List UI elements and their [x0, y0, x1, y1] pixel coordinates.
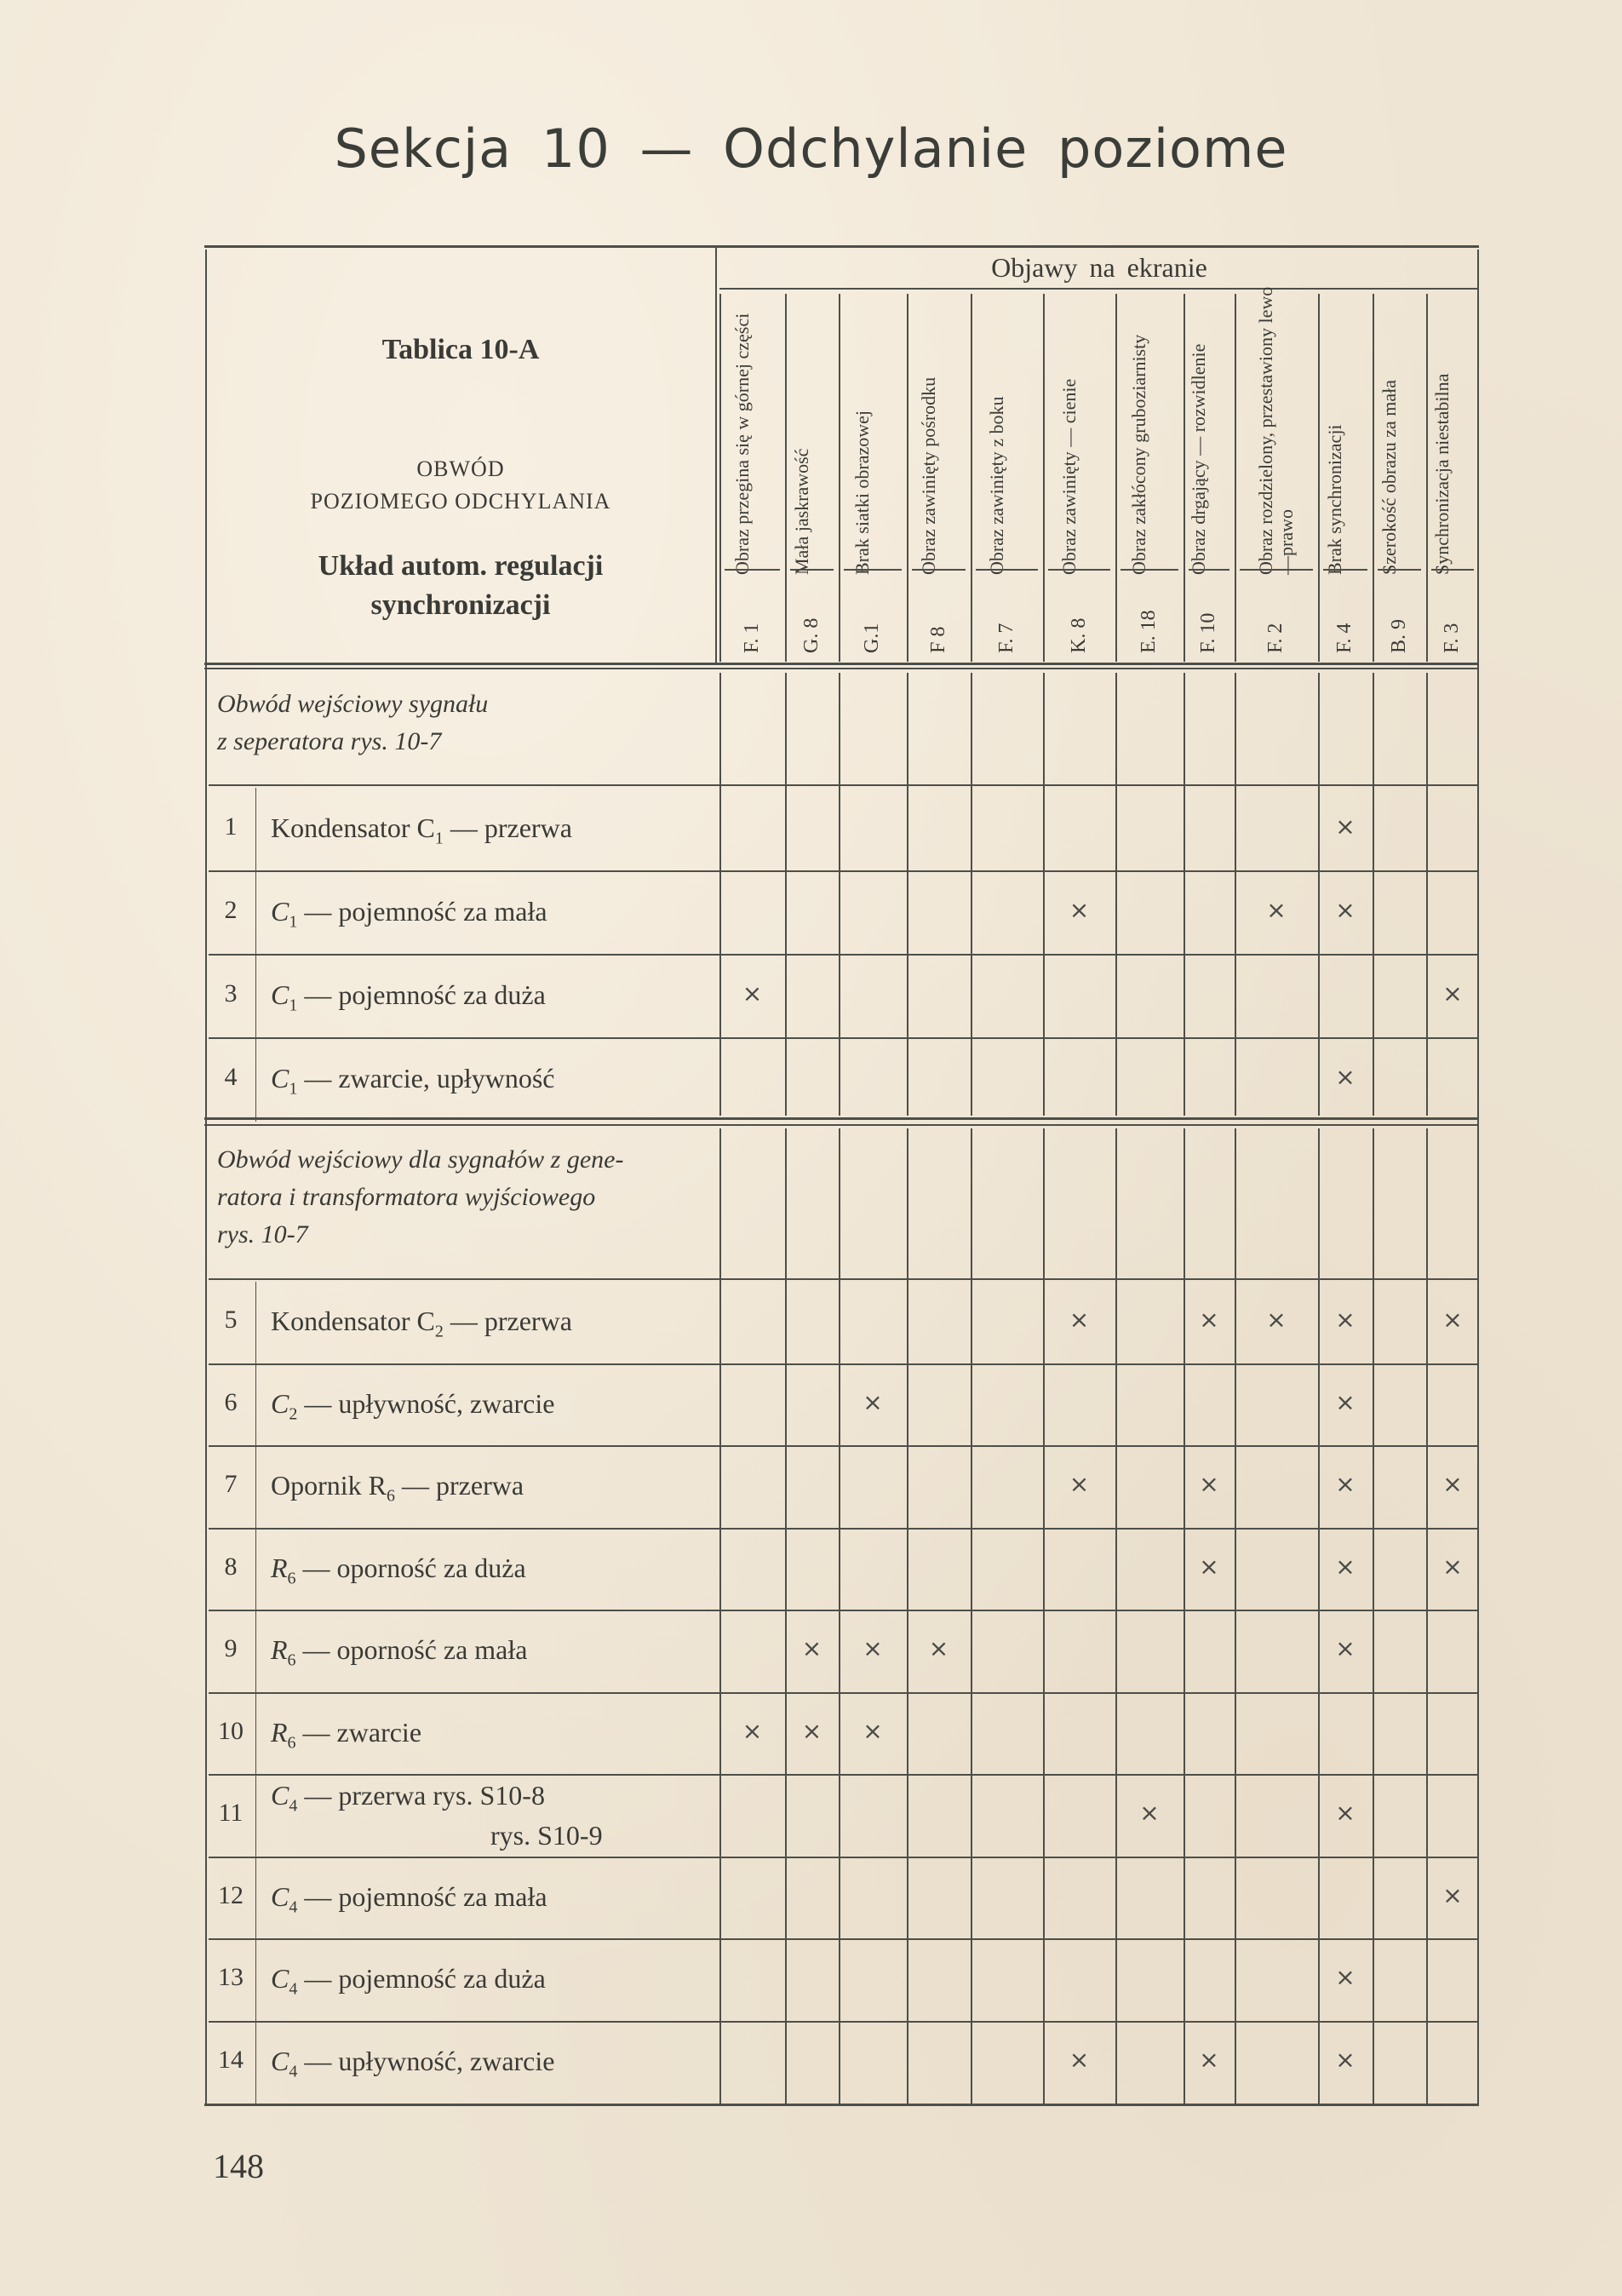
- fault-description: C1 — pojemność za mała: [271, 896, 547, 932]
- column-divider: [839, 673, 840, 1116]
- symptom-mark: ×: [1328, 812, 1362, 841]
- component-name: C: [271, 896, 289, 927]
- column-divider: [971, 294, 972, 662]
- symptom-mark: ×: [1259, 896, 1293, 924]
- row-number: 12: [206, 1881, 255, 1910]
- header-code-separator: [912, 569, 966, 571]
- component-name: R: [271, 1553, 288, 1583]
- column-label: Obraz zawinięty z boku: [987, 285, 1007, 575]
- symptom-mark: ×: [1328, 1470, 1362, 1498]
- symptom-mark: ×: [1328, 1553, 1362, 1581]
- header-code-separator: [1431, 569, 1474, 571]
- circuit-line-1: OBWÓD: [206, 453, 715, 485]
- component-name: Opornik R: [271, 1470, 387, 1501]
- component-subscript: 6: [387, 1487, 395, 1506]
- column-divider: [1115, 1128, 1117, 2104]
- header-code-separator: [1120, 569, 1178, 571]
- column-divider: [785, 294, 787, 662]
- column-header: Mała jaskrawośćG. 8: [785, 294, 839, 660]
- fault-description: C4 — przerwa rys. S10-8rys. S10-9: [271, 1780, 603, 1851]
- component-subscript: 1: [289, 1079, 297, 1098]
- column-divider: [1043, 294, 1045, 662]
- circuit-line-2: POZIOMEGO ODCHYLANIA: [206, 485, 715, 518]
- section-title-line: Obwód wejściowy sygnału: [217, 686, 711, 723]
- column-header: Szerokość obrazu za małaB. 9: [1373, 294, 1426, 660]
- symptom-mark: ×: [1436, 979, 1470, 1007]
- column-code: F. 4: [1333, 577, 1356, 653]
- column-divider: [1426, 294, 1428, 662]
- column-divider: [1318, 294, 1320, 662]
- column-divider: [1318, 1128, 1320, 2104]
- fault-type: — pojemność za mała: [297, 1881, 547, 1912]
- row-number: 8: [206, 1553, 255, 1581]
- symptom-mark: ×: [736, 1717, 770, 1745]
- symptom-mark: ×: [1132, 1799, 1166, 1827]
- column-code: G. 8: [800, 577, 823, 653]
- header-bottom-border-2: [204, 668, 1479, 669]
- row-divider: [209, 1774, 1477, 1776]
- column-label: Obraz przegina się w górnej części: [732, 285, 753, 575]
- circuit-name: OBWÓD POZIOMEGO ODCHYLANIA: [206, 453, 715, 518]
- row-divider: [209, 1692, 1477, 1694]
- column-header: Obraz zawinięty pośrodkuF 8: [907, 294, 971, 660]
- column-divider: [971, 1128, 972, 2104]
- column-header: Brak synchronizacjiF. 4: [1318, 294, 1373, 660]
- table-top-border: [204, 245, 1479, 248]
- section-title-line: ratora i transformatora wyjściowego: [217, 1179, 711, 1216]
- component-name: R: [271, 1717, 288, 1748]
- fault-description: R6 — oporność za mała: [271, 1634, 527, 1670]
- fault-description: C4 — pojemność za mała: [271, 1881, 547, 1917]
- column-header: Obraz rozdzielony, przestawiony lewo—pra…: [1235, 294, 1318, 660]
- component-subscript: 4: [289, 1797, 297, 1816]
- column-label: Obraz zawinięty pośrodku: [919, 285, 939, 575]
- column-divider: [785, 673, 787, 1116]
- column-label: Obraz rozdzielony, przestawiony lewo—pra…: [1256, 285, 1297, 575]
- column-code: F. 1: [741, 577, 764, 653]
- header-divider: [715, 247, 717, 664]
- table-bottom-border: [204, 2104, 1479, 2106]
- symptom-mark: ×: [1259, 1306, 1293, 1334]
- header-code-separator: [844, 569, 902, 571]
- column-divider: [1235, 673, 1236, 1116]
- section-title-line: rys. 10-7: [217, 1216, 711, 1254]
- symptom-mark: ×: [1328, 1306, 1362, 1334]
- row-number: 1: [206, 812, 255, 841]
- symptom-mark: ×: [1436, 1470, 1470, 1498]
- fault-description: R6 — zwarcie: [271, 1717, 421, 1753]
- column-divider: [907, 294, 908, 662]
- table-subtitle: Układ autom. regulacji synchronizacji: [206, 547, 715, 625]
- column-divider: [1043, 673, 1045, 1116]
- row-divider: [209, 1610, 1477, 1611]
- column-label: Obraz zawinięty — cienie: [1059, 285, 1080, 575]
- component-subscript: 4: [289, 1980, 297, 1999]
- header-bottom-border: [204, 663, 1479, 665]
- symptom-mark: ×: [1063, 896, 1097, 924]
- component-name: C: [271, 1881, 289, 1912]
- row-divider: [209, 1938, 1477, 1940]
- column-divider: [785, 1128, 787, 2104]
- component-subscript: 6: [288, 1569, 296, 1587]
- component-name: C: [271, 1063, 289, 1093]
- column-divider: [971, 673, 972, 1116]
- symptom-mark: ×: [856, 1634, 890, 1662]
- fault-type: — przerwa: [395, 1470, 524, 1501]
- header-code-separator: [1378, 569, 1421, 571]
- column-divider: [1184, 294, 1185, 662]
- header-code-separator: [1323, 569, 1367, 571]
- fault-type: — oporność za duża: [296, 1553, 526, 1583]
- row-divider: [209, 784, 1477, 786]
- fault-type: — oporność za mała: [296, 1634, 528, 1665]
- column-divider: [1115, 673, 1117, 1116]
- row-divider: [209, 1857, 1477, 1858]
- fault-reference: rys. S10-9: [271, 1820, 603, 1851]
- column-divider: [719, 294, 721, 662]
- subtitle-line-1: Układ autom. regulacji: [206, 547, 715, 586]
- header-code-separator: [1240, 569, 1313, 571]
- column-label: Szerokość obrazu za mała: [1379, 285, 1400, 575]
- component-subscript: 1: [289, 996, 297, 1014]
- symptom-mark: ×: [1328, 1799, 1362, 1827]
- component-subscript: 2: [435, 1323, 444, 1341]
- column-divider: [719, 673, 721, 1116]
- section-divider: [204, 1117, 1479, 1120]
- column-divider: [907, 673, 908, 1116]
- row-divider: [209, 1363, 1477, 1365]
- row-divider: [209, 870, 1477, 872]
- section-divider-2: [204, 1124, 1479, 1126]
- column-divider: [839, 1128, 840, 2104]
- fault-type: — przerwa rys. S10-8: [297, 1780, 545, 1811]
- row-divider: [209, 1037, 1477, 1039]
- symptom-mark: ×: [922, 1634, 956, 1662]
- column-header: Obraz zawinięty — cienieK. 8: [1043, 294, 1115, 660]
- symptom-mark: ×: [795, 1634, 829, 1662]
- component-name: R: [271, 1634, 288, 1665]
- component-subscript: 1: [289, 912, 297, 931]
- column-label: Obraz zakłócony gruboziarnisty: [1129, 285, 1149, 575]
- component-subscript: 6: [288, 1651, 296, 1670]
- fault-description: R6 — oporność za duża: [271, 1553, 526, 1588]
- row-number: 11: [206, 1799, 255, 1828]
- symptom-mark: ×: [1436, 1881, 1470, 1909]
- row-divider: [209, 2021, 1477, 2023]
- column-label: Brak synchronizacji: [1325, 285, 1345, 575]
- column-code: B. 9: [1388, 577, 1411, 653]
- column-code: G.1: [861, 577, 884, 653]
- fault-type: — pojemność za mała: [297, 896, 547, 927]
- symptom-mark: ×: [1328, 1388, 1362, 1416]
- fault-description: C4 — upływność, zwarcie: [271, 2046, 554, 2081]
- table-right-border: [1477, 673, 1479, 2104]
- fault-description: C4 — pojemność za duża: [271, 1963, 546, 1999]
- symptom-mark: ×: [1328, 1963, 1362, 1991]
- header-code-separator: [725, 569, 780, 571]
- symptom-mark: ×: [1328, 2046, 1362, 2074]
- row-divider: [209, 1278, 1477, 1280]
- row-number: 6: [206, 1388, 255, 1417]
- column-divider: [1426, 673, 1428, 1116]
- column-divider: [1373, 1128, 1374, 2104]
- row-number: 7: [206, 1470, 255, 1499]
- component-name: Kondensator C: [271, 812, 435, 843]
- row-number: 4: [206, 1063, 255, 1092]
- component-name: C: [271, 1388, 289, 1419]
- column-divider: [1115, 294, 1117, 662]
- column-header: Synchronizacja niestabilnaF. 3: [1426, 294, 1479, 660]
- symptom-mark: ×: [1192, 2046, 1226, 2074]
- symptom-mark: ×: [1063, 2046, 1097, 2074]
- column-divider: [1184, 673, 1185, 1116]
- symptom-mark: ×: [795, 1717, 829, 1745]
- fault-description: Kondensator C2 — przerwa: [271, 1306, 572, 1341]
- header-code-separator: [790, 569, 834, 571]
- column-code: F 8: [927, 577, 950, 653]
- column-header: Obraz przegina się w górnej częściF. 1: [719, 294, 785, 660]
- fault-description: C1 — pojemność za duża: [271, 979, 546, 1015]
- page-title: Sekcja 10 — Odchylanie poziome: [0, 118, 1622, 180]
- symptom-mark: ×: [856, 1717, 890, 1745]
- fault-type: — pojemność za duża: [297, 1963, 545, 1994]
- row-number: 9: [206, 1634, 255, 1663]
- row-divider: [209, 954, 1477, 956]
- symptom-mark: ×: [1436, 1553, 1470, 1581]
- column-divider: [719, 1128, 721, 2104]
- symptoms-header: Objawy na ekranie: [719, 252, 1479, 284]
- component-subscript: 2: [289, 1404, 297, 1423]
- fault-type: — upływność, zwarcie: [297, 1388, 554, 1419]
- column-divider: [1426, 1128, 1428, 2104]
- header-code-separator: [1189, 569, 1229, 571]
- row-number: 3: [206, 979, 255, 1008]
- column-code: F. 2: [1264, 577, 1287, 653]
- column-divider: [1235, 294, 1236, 662]
- column-code: E. 18: [1138, 577, 1161, 653]
- row-number: 13: [206, 1963, 255, 1992]
- section-title-line: z seperatora rys. 10-7: [217, 723, 711, 761]
- component-name: C: [271, 1963, 289, 1994]
- component-name: C: [271, 2046, 289, 2076]
- fault-type: — przerwa: [444, 812, 572, 843]
- fault-description: Kondensator C1 — przerwa: [271, 812, 572, 848]
- row-number: 14: [206, 2046, 255, 2075]
- symptom-mark: ×: [1328, 1063, 1362, 1091]
- column-divider: [1373, 294, 1374, 662]
- row-number: 5: [206, 1306, 255, 1335]
- component-subscript: 4: [289, 2062, 297, 2081]
- column-label: Brak siatki obrazowej: [852, 285, 873, 575]
- row-divider: [209, 1528, 1477, 1530]
- column-label: Obraz drgający — rozwidlenie: [1189, 285, 1209, 575]
- column-header: Obraz zakłócony gruboziarnistyE. 18: [1115, 294, 1184, 660]
- column-divider: [907, 1128, 908, 2104]
- symptom-mark: ×: [1436, 1306, 1470, 1334]
- column-divider: [1318, 673, 1320, 1116]
- fault-type: — zwarcie: [296, 1717, 421, 1748]
- column-divider: [1184, 1128, 1185, 2104]
- symptom-mark: ×: [1328, 1634, 1362, 1662]
- table-name: Tablica 10-A: [206, 334, 715, 366]
- row-number: 10: [206, 1717, 255, 1746]
- column-header: Obraz zawinięty z bokuF. 7: [971, 294, 1043, 660]
- header-code-separator: [1048, 569, 1110, 571]
- section-title: Obwód wejściowy sygnałuz seperatora rys.…: [217, 686, 711, 761]
- component-name: C: [271, 979, 289, 1010]
- symptom-mark: ×: [1063, 1306, 1097, 1334]
- fault-description: C1 — zwarcie, upływność: [271, 1063, 554, 1099]
- column-code: F. 7: [995, 577, 1018, 653]
- page-number: 148: [213, 2146, 264, 2186]
- column-code: F. 3: [1441, 577, 1464, 653]
- symptom-mark: ×: [856, 1388, 890, 1416]
- table-header-left: Tablica 10-A OBWÓD POZIOMEGO ODCHYLANIA …: [206, 249, 715, 662]
- column-label: Mała jaskrawość: [792, 285, 812, 575]
- fault-description: C2 — upływność, zwarcie: [271, 1388, 554, 1424]
- header-code-separator: [976, 569, 1038, 571]
- symptom-mark: ×: [1063, 1470, 1097, 1498]
- component-name: C: [271, 1780, 289, 1811]
- symptom-mark: ×: [1192, 1306, 1226, 1334]
- column-header: Obraz drgający — rozwidlenieF. 10: [1184, 294, 1235, 660]
- column-code: K. 8: [1068, 577, 1091, 653]
- row-number: 2: [206, 896, 255, 925]
- row-divider: [209, 1445, 1477, 1447]
- symptom-mark: ×: [1192, 1553, 1226, 1581]
- fault-description: Opornik R6 — przerwa: [271, 1470, 524, 1506]
- column-code: F. 10: [1197, 577, 1220, 653]
- section-title: Obwód wejściowy dla sygnałów z gene-rato…: [217, 1141, 711, 1254]
- column-divider: [1043, 1128, 1045, 2104]
- component-subscript: 1: [435, 829, 444, 847]
- symptom-mark: ×: [1328, 896, 1362, 924]
- column-label: Synchronizacja niestabilna: [1432, 285, 1453, 575]
- objawy-underline: [719, 288, 1477, 290]
- column-divider: [839, 294, 840, 662]
- component-subscript: 6: [288, 1733, 296, 1752]
- section-title-line: Obwód wejściowy dla sygnałów z gene-: [217, 1141, 711, 1179]
- symptom-mark: ×: [1192, 1470, 1226, 1498]
- column-divider: [1235, 1128, 1236, 2104]
- symptom-mark: ×: [736, 979, 770, 1007]
- subtitle-line-2: synchronizacji: [206, 586, 715, 625]
- fault-type: — przerwa: [444, 1306, 572, 1336]
- column-divider: [1373, 673, 1374, 1116]
- fault-type: — pojemność za duża: [297, 979, 545, 1010]
- fault-type: — zwarcie, upływność: [297, 1063, 554, 1093]
- component-name: Kondensator C: [271, 1306, 435, 1336]
- component-subscript: 4: [289, 1897, 297, 1916]
- column-header: Brak siatki obrazowejG.1: [839, 294, 907, 660]
- fault-type: — upływność, zwarcie: [297, 2046, 554, 2076]
